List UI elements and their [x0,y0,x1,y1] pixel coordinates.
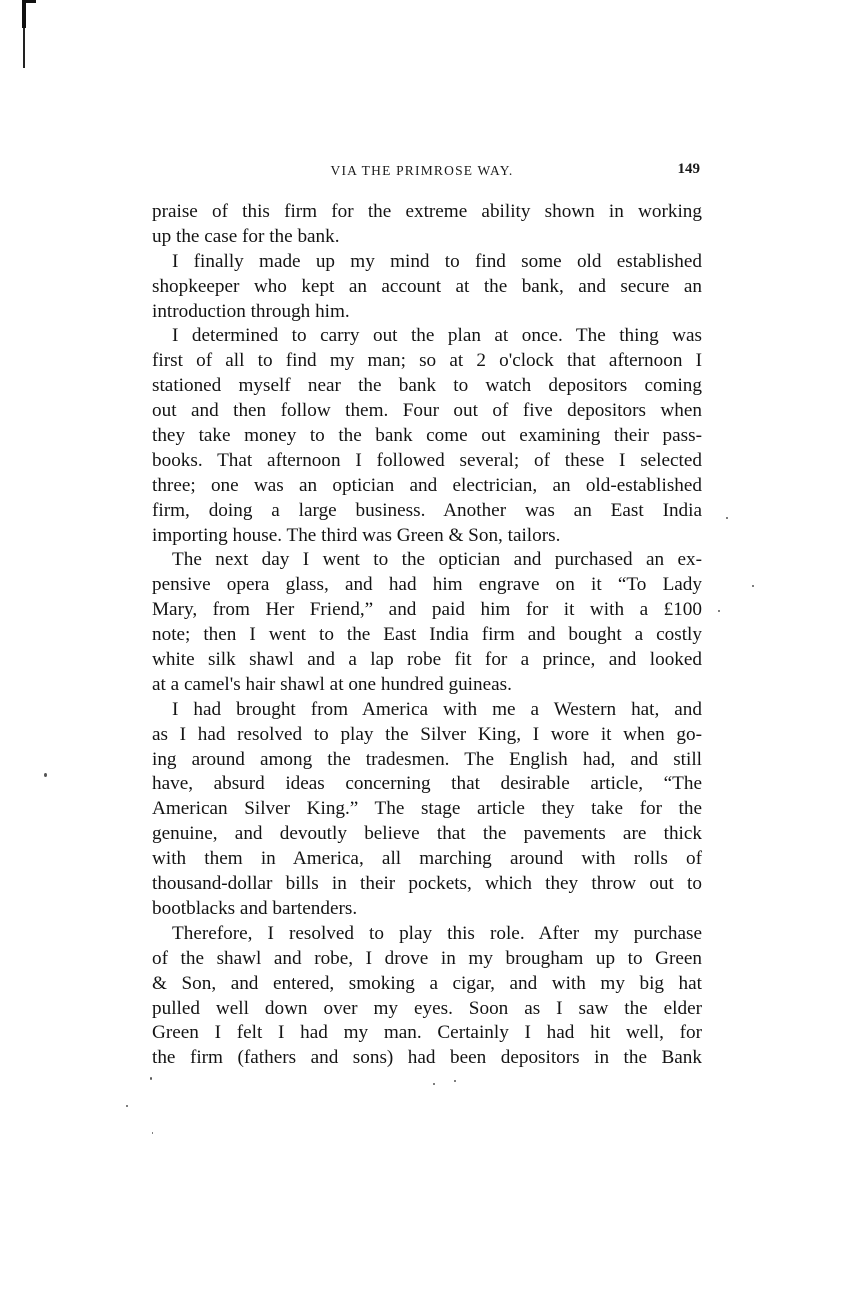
scan-edge-mark [23,28,25,68]
text-line: out and then follow them. Four out of fi… [152,399,702,424]
book-page: VIA THE PRIMROSE WAY. 149 praise of this… [0,0,864,1291]
text-line: bootblacks and bartenders. [152,897,702,922]
scan-speck [454,1080,456,1082]
body-text: praise of this firm for the extreme abil… [152,200,702,1071]
text-line: introduction through him. [152,300,702,325]
text-line: praise of this firm for the extreme abil… [152,200,702,225]
text-line: they take money to the bank come out exa… [152,424,702,449]
scan-speck [433,1083,435,1085]
text-line: American Silver King.” The stage article… [152,797,702,822]
scan-speck [126,1105,128,1107]
scan-edge-mark [24,0,36,3]
text-line: genuine, and devoutly believe that the p… [152,822,702,847]
text-line: as I had resolved to play the Silver Kin… [152,723,702,748]
scan-speck [726,517,728,519]
text-line: The next day I went to the optician and … [152,548,702,573]
scan-speck [718,610,720,612]
text-line: three; one was an optician and electrici… [152,474,702,499]
scan-edge-mark [22,0,26,28]
text-line: shopkeeper who kept an account at the ba… [152,275,702,300]
text-line: I determined to carry out the plan at on… [152,324,702,349]
text-line: with them in America, all marching aroun… [152,847,702,872]
text-line: Therefore, I resolved to play this role.… [152,922,702,947]
text-line: I finally made up my mind to find some o… [152,250,702,275]
scan-speck [752,585,754,587]
text-line: Mary, from Her Friend,” and paid him for… [152,598,702,623]
scan-speck [44,773,47,777]
text-line: I had brought from America with me a Wes… [152,698,702,723]
text-line: first of all to find my man; so at 2 o'c… [152,349,702,374]
scan-speck [150,1077,152,1080]
text-line: up the case for the bank. [152,225,702,250]
text-line: ing around among the tradesmen. The Engl… [152,748,702,773]
text-line: books. That afternoon I followed several… [152,449,702,474]
page-number: 149 [678,161,701,178]
text-line: the firm (fathers and sons) had been dep… [152,1046,702,1071]
text-line: thousand-dollar bills in their pockets, … [152,872,702,897]
text-line: stationed myself near the bank to watch … [152,374,702,399]
text-line: importing house. The third was Green & S… [152,524,702,549]
text-line: & Son, and entered, smoking a cigar, and… [152,972,702,997]
text-line: white silk shawl and a lap robe fit for … [152,648,702,673]
running-head: VIA THE PRIMROSE WAY. 149 [152,160,702,182]
text-line: pensive opera glass, and had him engrave… [152,573,702,598]
text-line: of the shawl and robe, I drove in my bro… [152,947,702,972]
text-line: have, absurd ideas concerning that desir… [152,772,702,797]
text-line: firm, doing a large business. Another wa… [152,499,702,524]
running-title: VIA THE PRIMROSE WAY. [152,163,702,179]
text-line: Green I felt I had my man. Certainly I h… [152,1021,702,1046]
text-line: at a camel's hair shawl at one hundred g… [152,673,702,698]
scan-speck [152,1132,153,1134]
text-line: note; then I went to the East India firm… [152,623,702,648]
text-line: pulled well down over my eyes. Soon as I… [152,997,702,1022]
